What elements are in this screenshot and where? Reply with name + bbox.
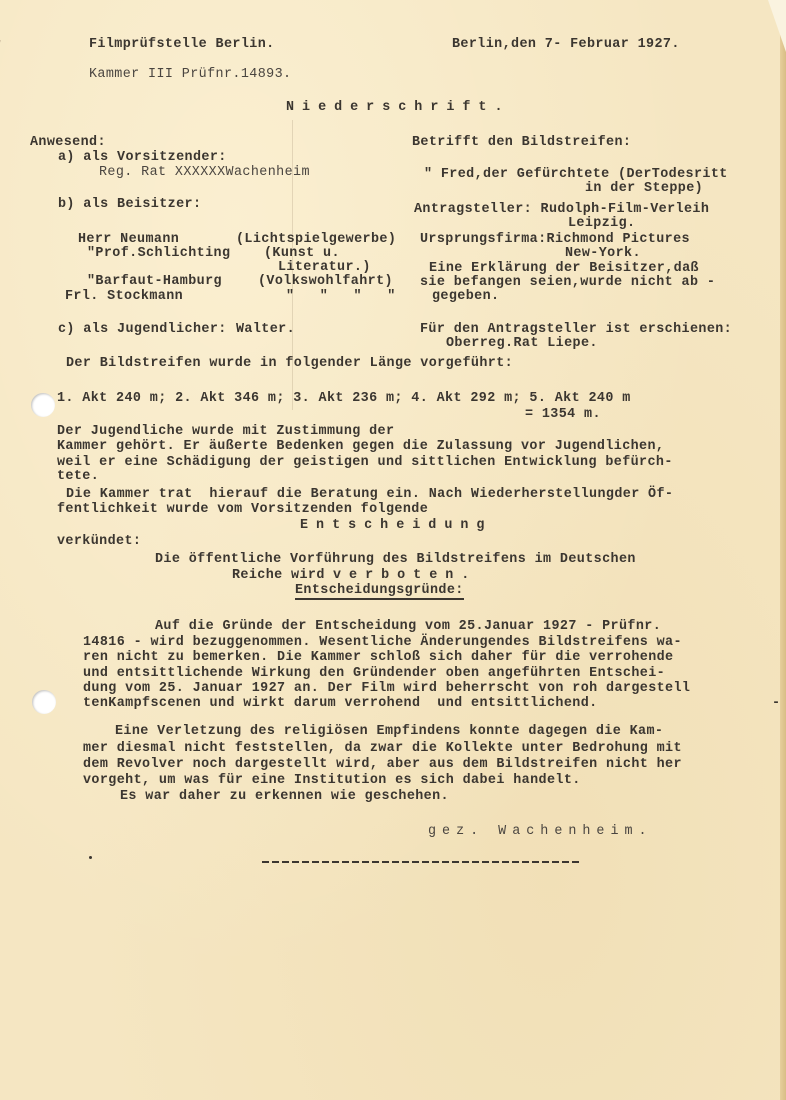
reasons-line: dem Revolver noch dargestellt wird, aber… <box>83 757 682 772</box>
reasons-line: Es war daher zu erkennen wie geschehen. <box>120 789 449 804</box>
film-label: Betrifft den Bildstreifen: <box>412 135 631 150</box>
origin-city: New-York. <box>565 246 641 261</box>
assessor-field: Literatur.) <box>278 260 371 275</box>
signature: gez. Wachenheim. <box>428 824 653 839</box>
reasons-line: mer diesmal nicht feststellen, da zwar d… <box>83 741 682 756</box>
attendance-label: Anwesend: <box>30 135 106 150</box>
reasons-heading: Entscheidungsgründe: <box>295 583 464 600</box>
assessor-name: Herr Neumann <box>78 232 179 247</box>
punch-hole-top <box>31 393 55 417</box>
chair-label: a) als Vorsitzender: <box>58 150 227 165</box>
reasons-line: dung vom 25. Januar 1927 an. Der Film wi… <box>83 681 690 696</box>
paper-edge <box>780 0 786 1100</box>
youth-statement: Der Jugendliche wurde mit Zustimmung der <box>57 424 394 439</box>
punch-hole-bottom <box>32 690 56 714</box>
reasons-line: ren nicht zu bemerken. Die Kammer schloß… <box>83 650 674 665</box>
representative: Oberreg.Rat Liepe. <box>446 336 598 351</box>
folded-corner <box>768 0 786 52</box>
reasons-line: 14816 - wird bezuggenommen. Wesentliche … <box>83 635 682 650</box>
paper-scratch <box>0 40 1 124</box>
verdict: verboten. <box>333 568 477 583</box>
deliberation: Die Kammer trat hierauf die Beratung ein… <box>66 487 673 502</box>
reasons-line: Eine Verletzung des religiösen Empfinden… <box>115 724 663 739</box>
chamber-number: Kammer III Prüfnr.14893. <box>89 67 291 82</box>
film-title: " Fred,der Gefürchtete (DerTodesritt <box>424 167 728 182</box>
decision-heading: Entscheidung <box>300 518 492 533</box>
applicant: Antragsteller: Rudolph-Film-Verleih <box>414 202 709 217</box>
youth-name: Walter. <box>236 322 295 337</box>
assessor-field: (Volkswohlfahrt) <box>258 274 393 289</box>
reasons-line: tenKampfscenen und wirkt darum verrohend… <box>83 696 598 711</box>
assessors-label: b) als Beisitzer: <box>58 197 201 212</box>
document-page: Filmprüfstelle Berlin. Berlin,den 7- Feb… <box>0 0 786 1100</box>
ditto-marks: " " " " <box>286 289 396 304</box>
decision-text: Reiche wird <box>232 568 325 583</box>
declaration: sie befangen seien,wurde nicht ab - <box>420 275 715 290</box>
chair-name: Reg. Rat XXXXXXWachenheim <box>99 165 310 180</box>
assessor-name: "Barfaut-Hamburg <box>87 274 222 289</box>
youth-statement: Kammer gehört. Er äußerte Bedenken gegen… <box>57 439 664 454</box>
applicant-city: Leipzig. <box>568 216 636 231</box>
film-title-cont: in der Steppe) <box>585 181 703 196</box>
deliberation: fentlichkeit wurde vom Vorsitzenden folg… <box>57 502 428 517</box>
announced-label: verkündet: <box>57 534 141 549</box>
declaration: gegeben. <box>432 289 500 304</box>
declaration: Eine Erklärung der Beisitzer,daß <box>429 261 699 276</box>
ink-dot <box>89 856 92 859</box>
reasons-line: vorgeht, um was für eine Institution es … <box>83 773 581 788</box>
authority-name: Filmprüfstelle Berlin. <box>89 37 275 52</box>
document-title: Niederschrift. <box>286 100 511 115</box>
total-length: = 1354 m. <box>525 407 601 422</box>
place-date: Berlin,den 7- Februar 1927. <box>452 37 680 52</box>
assessor-field: (Lichtspielgewerbe) <box>236 232 396 247</box>
youth-statement: weil er eine Schädigung der geistigen un… <box>57 455 673 470</box>
decision-text: Die öffentliche Vorführung des Bildstrei… <box>155 552 636 567</box>
assessor-name: "Prof.Schlichting <box>87 246 230 261</box>
appearance: Für den Antragsteller ist erschienen: <box>420 322 732 337</box>
closing-rule <box>262 861 582 863</box>
margin-dash: - <box>772 696 780 711</box>
length-intro: Der Bildstreifen wurde in folgender Läng… <box>66 356 513 371</box>
youth-label: c) als Jugendlicher: <box>58 322 227 337</box>
act-lengths: 1. Akt 240 m; 2. Akt 346 m; 3. Akt 236 m… <box>57 391 631 406</box>
origin-company: Ursprungsfirma:Richmond Pictures <box>420 232 690 247</box>
assessor-name: Frl. Stockmann <box>65 289 183 304</box>
youth-statement: tete. <box>57 469 99 484</box>
assessor-field: (Kunst u. <box>264 246 340 261</box>
reasons-line: und entsittlichende Wirkung den Gründend… <box>83 666 665 681</box>
reasons-line: Auf die Gründe der Entscheidung vom 25.J… <box>155 619 661 634</box>
